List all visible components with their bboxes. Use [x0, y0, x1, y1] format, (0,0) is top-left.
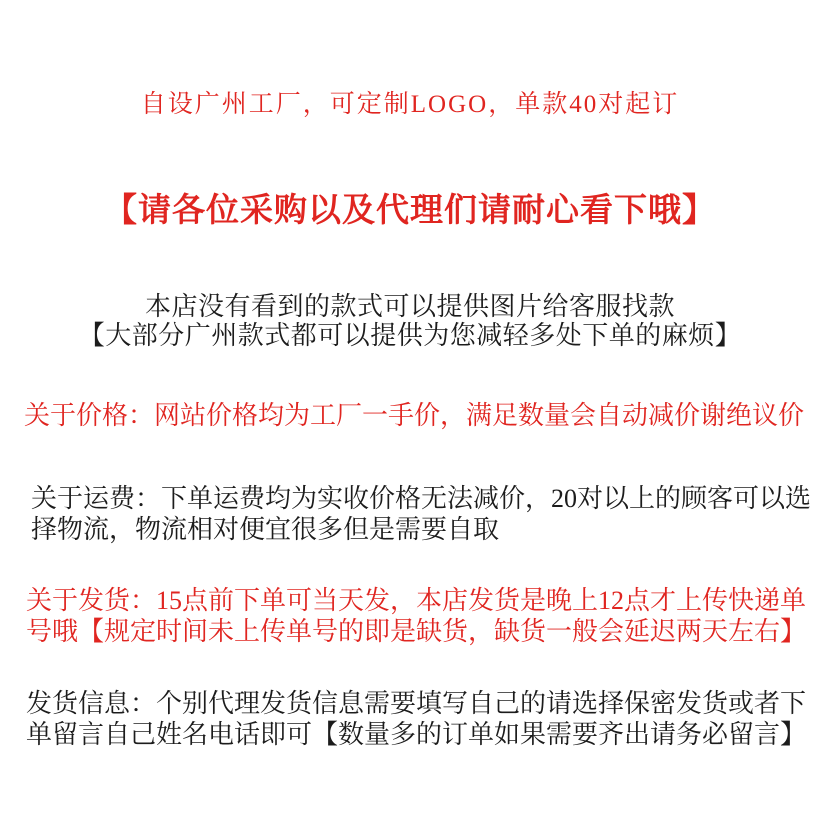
delivery-info-line-2: 单留言自己姓名电话即可【数量多的订单如果需要齐出请务必留言】 — [26, 719, 820, 750]
dispatch-line-2: 号哦【规定时间未上传单号的即是缺货，缺货一般会延迟两天左右】 — [26, 616, 820, 647]
delivery-info-line-1: 发货信息：个别代理发货信息需要填写自己的请选择保密发货或者下 — [26, 688, 820, 719]
find-style-note: 本店没有看到的款式可以提供图片给客服找款 【大部分广州款式都可以提供为您减轻多处… — [0, 292, 820, 350]
find-style-line-2: 【大部分广州款式都可以提供为您减轻多处下单的麻烦】 — [0, 321, 820, 350]
price-note-line: 关于价格：网站价格均为工厂一手价，满足数量会自动减价谢绝议价 — [24, 401, 820, 431]
shipping-fee-line-2: 择物流，物流相对便宜很多但是需要自取 — [31, 514, 820, 545]
notice-headline: 【请各位采购以及代理们请耐心看下哦】 — [0, 189, 820, 233]
dispatch-note: 关于发货：15点前下单可当天发，本店发货是晚上12点才上传快递单 号哦【规定时间… — [0, 585, 820, 647]
dispatch-line-1: 关于发货：15点前下单可当天发，本店发货是晚上12点才上传快递单 — [26, 585, 820, 616]
shipping-fee-note: 关于运费：下单运费均为实收价格无法减价，20对以上的顾客可以选 择物流，物流相对… — [0, 483, 820, 545]
price-note: 关于价格：网站价格均为工厂一手价，满足数量会自动减价谢绝议价 — [0, 401, 820, 431]
seller-notice-image: 自设广州工厂，可定制LOGO，单款40对起订 【请各位采购以及代理们请耐心看下哦… — [0, 0, 820, 820]
factory-note-line: 自设广州工厂，可定制LOGO，单款40对起订 — [0, 90, 820, 120]
factory-note: 自设广州工厂，可定制LOGO，单款40对起订 — [0, 90, 820, 120]
find-style-line-1: 本店没有看到的款式可以提供图片给客服找款 — [0, 292, 820, 321]
shipping-fee-line-1: 关于运费：下单运费均为实收价格无法减价，20对以上的顾客可以选 — [31, 483, 820, 514]
notice-headline-line: 【请各位采购以及代理们请耐心看下哦】 — [0, 189, 820, 233]
delivery-info-note: 发货信息：个别代理发货信息需要填写自己的请选择保密发货或者下 单留言自己姓名电话… — [0, 688, 820, 750]
